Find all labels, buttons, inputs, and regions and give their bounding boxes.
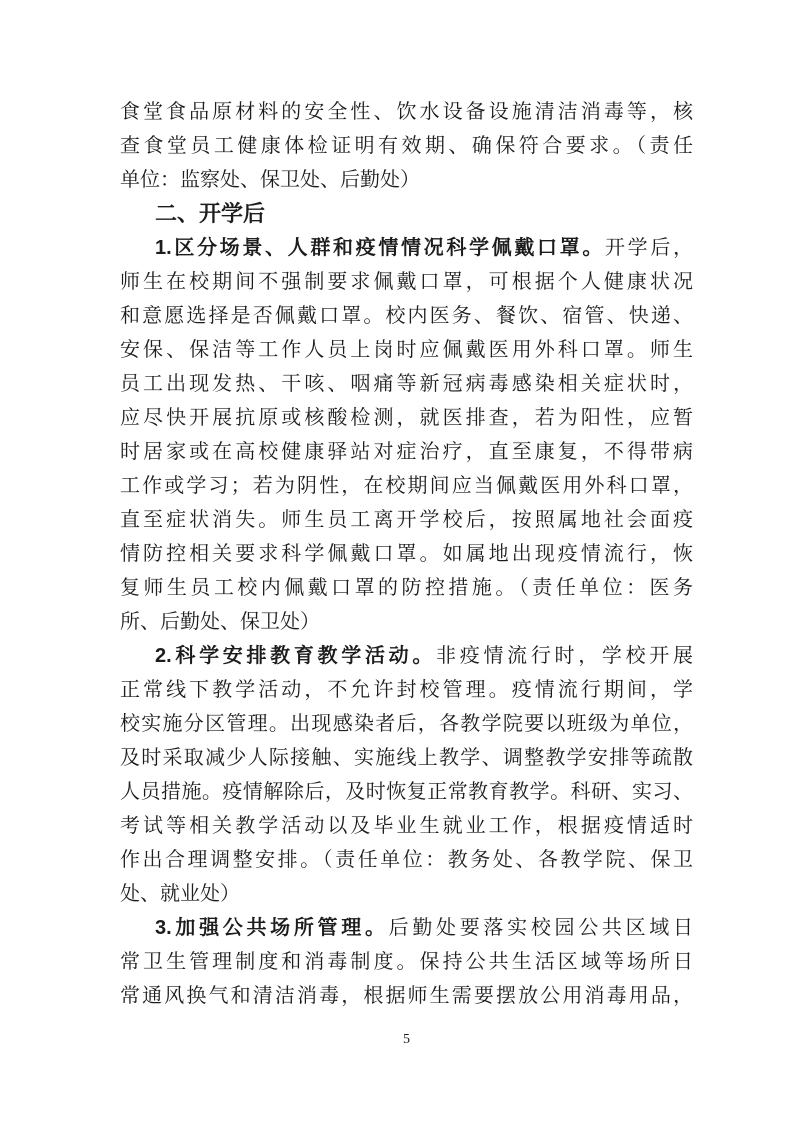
text-line: 情防控相关要求科学佩戴口罩。如属地出现疫情流行，恢 [120,537,693,571]
body-text: 直至症状消失。师生员工离开学校后，按照属地社会面疫 [120,509,693,531]
body-text: 非疫情流行时，学校开展 [436,645,693,667]
text-line: 食堂食品原材料的安全性、饮水设备设施清洁消毒等，核 [120,95,693,129]
document-body: 食堂食品原材料的安全性、饮水设备设施清洁消毒等，核查食堂员工健康体检证明有效期、… [120,95,693,1013]
body-text: 查食堂员工健康体检证明有效期、确保符合要求。（责任 [120,135,693,157]
body-text: 校实施分区管理。出现感染者后，各教学院要以班级为单位， [120,713,693,735]
body-text: 情防控相关要求科学佩戴口罩。如属地出现疫情流行，恢 [120,543,693,565]
body-text: 人员措施。疫情解除后，及时恢复正常教育教学。科研、实习、 [120,781,693,803]
text-line: 员工出现发热、干咳、咽痛等新冠病毒感染相关症状时， [120,367,693,401]
body-text: 后勤处要落实校园公共区域日 [389,917,693,939]
text-line: 和意愿选择是否佩戴口罩。校内医务、餐饮、宿管、快递、 [120,299,693,333]
body-text: 考试等相关教学活动以及毕业生就业工作，根据疫情适时 [120,815,693,837]
text-line: 及时采取减少人际接触、实施线上教学、调整教学安排等疏散 [120,741,693,775]
body-text: 常通风换气和清洁消毒，根据师生需要摆放公用消毒用品， [120,985,693,1007]
text-line: 师生在校期间不强制要求佩戴口罩，可根据个人健康状况 [120,265,693,299]
bold-lead-text: 3.加强公共场所管理。 [155,917,389,939]
body-text: 单位：监察处、保卫处、后勤处） [120,169,420,191]
body-text: 开学后， [605,237,693,259]
body-text: 正常线下教学活动，不允许封校管理。疫情流行期间，学 [120,679,693,701]
text-line: 常通风换气和清洁消毒，根据师生需要摆放公用消毒用品， [120,979,693,1013]
body-text: 和意愿选择是否佩戴口罩。校内医务、餐饮、宿管、快递、 [120,305,693,327]
text-line: 人员措施。疫情解除后，及时恢复正常教育教学。科研、实习、 [120,775,693,809]
body-text: 应尽快开展抗原或核酸检测，就医排查，若为阳性，应暂 [120,407,693,429]
body-text: 时居家或在高校健康驿站对症治疗，直至康复，不得带病 [120,441,693,463]
body-text: 师生在校期间不强制要求佩戴口罩，可根据个人健康状况 [120,271,693,293]
body-text: 常卫生管理制度和消毒制度。保持公共生活区域等场所日 [120,951,693,973]
text-line: 处、就业处） [120,877,693,911]
text-line: 时居家或在高校健康驿站对症治疗，直至康复，不得带病 [120,435,693,469]
text-line: 所、后勤处、保卫处） [120,605,693,639]
body-text: 复师生员工校内佩戴口罩的防控措施。（责任单位：医务 [120,577,693,599]
body-text: 员工出现发热、干咳、咽痛等新冠病毒感染相关症状时， [120,373,693,395]
bold-lead-text: 2.科学安排教育教学活动。 [155,645,436,667]
text-line: 查食堂员工健康体检证明有效期、确保符合要求。（责任 [120,129,693,163]
section-heading: 二、开学后 [120,197,693,231]
document-page: 食堂食品原材料的安全性、饮水设备设施清洁消毒等，核查食堂员工健康体检证明有效期、… [0,0,793,1122]
text-line: 正常线下教学活动，不允许封校管理。疫情流行期间，学 [120,673,693,707]
bold-lead-text: 1.区分场景、人群和疫情情况科学佩戴口罩。 [155,237,605,259]
text-line: 工作或学习；若为阴性，在校期间应当佩戴医用外科口罩， [120,469,693,503]
text-line: 校实施分区管理。出现感染者后，各教学院要以班级为单位， [120,707,693,741]
text-line: 直至症状消失。师生员工离开学校后，按照属地社会面疫 [120,503,693,537]
page-number: 5 [120,1030,693,1050]
text-line: 单位：监察处、保卫处、后勤处） [120,163,693,197]
text-line: 作出合理调整安排。（责任单位：教务处、各教学院、保卫 [120,843,693,877]
body-text: 处、就业处） [120,883,240,905]
text-line: 3.加强公共场所管理。后勤处要落实校园公共区域日 [120,911,693,945]
text-line: 1.区分场景、人群和疫情情况科学佩戴口罩。开学后， [120,231,693,265]
text-line: 复师生员工校内佩戴口罩的防控措施。（责任单位：医务 [120,571,693,605]
text-line: 2.科学安排教育教学活动。非疫情流行时，学校开展 [120,639,693,673]
bold-lead-text: 二、开学后 [155,201,265,226]
body-text: 工作或学习；若为阴性，在校期间应当佩戴医用外科口罩， [120,475,693,497]
body-text: 及时采取减少人际接触、实施线上教学、调整教学安排等疏散 [120,747,693,769]
text-line: 应尽快开展抗原或核酸检测，就医排查，若为阳性，应暂 [120,401,693,435]
body-text: 所、后勤处、保卫处） [120,611,320,633]
body-text: 食堂食品原材料的安全性、饮水设备设施清洁消毒等，核 [120,101,693,123]
body-text: 作出合理调整安排。（责任单位：教务处、各教学院、保卫 [120,849,693,871]
text-line: 安保、保洁等工作人员上岗时应佩戴医用外科口罩。师生 [120,333,693,367]
text-line: 常卫生管理制度和消毒制度。保持公共生活区域等场所日 [120,945,693,979]
body-text: 安保、保洁等工作人员上岗时应佩戴医用外科口罩。师生 [120,339,693,361]
text-line: 考试等相关教学活动以及毕业生就业工作，根据疫情适时 [120,809,693,843]
